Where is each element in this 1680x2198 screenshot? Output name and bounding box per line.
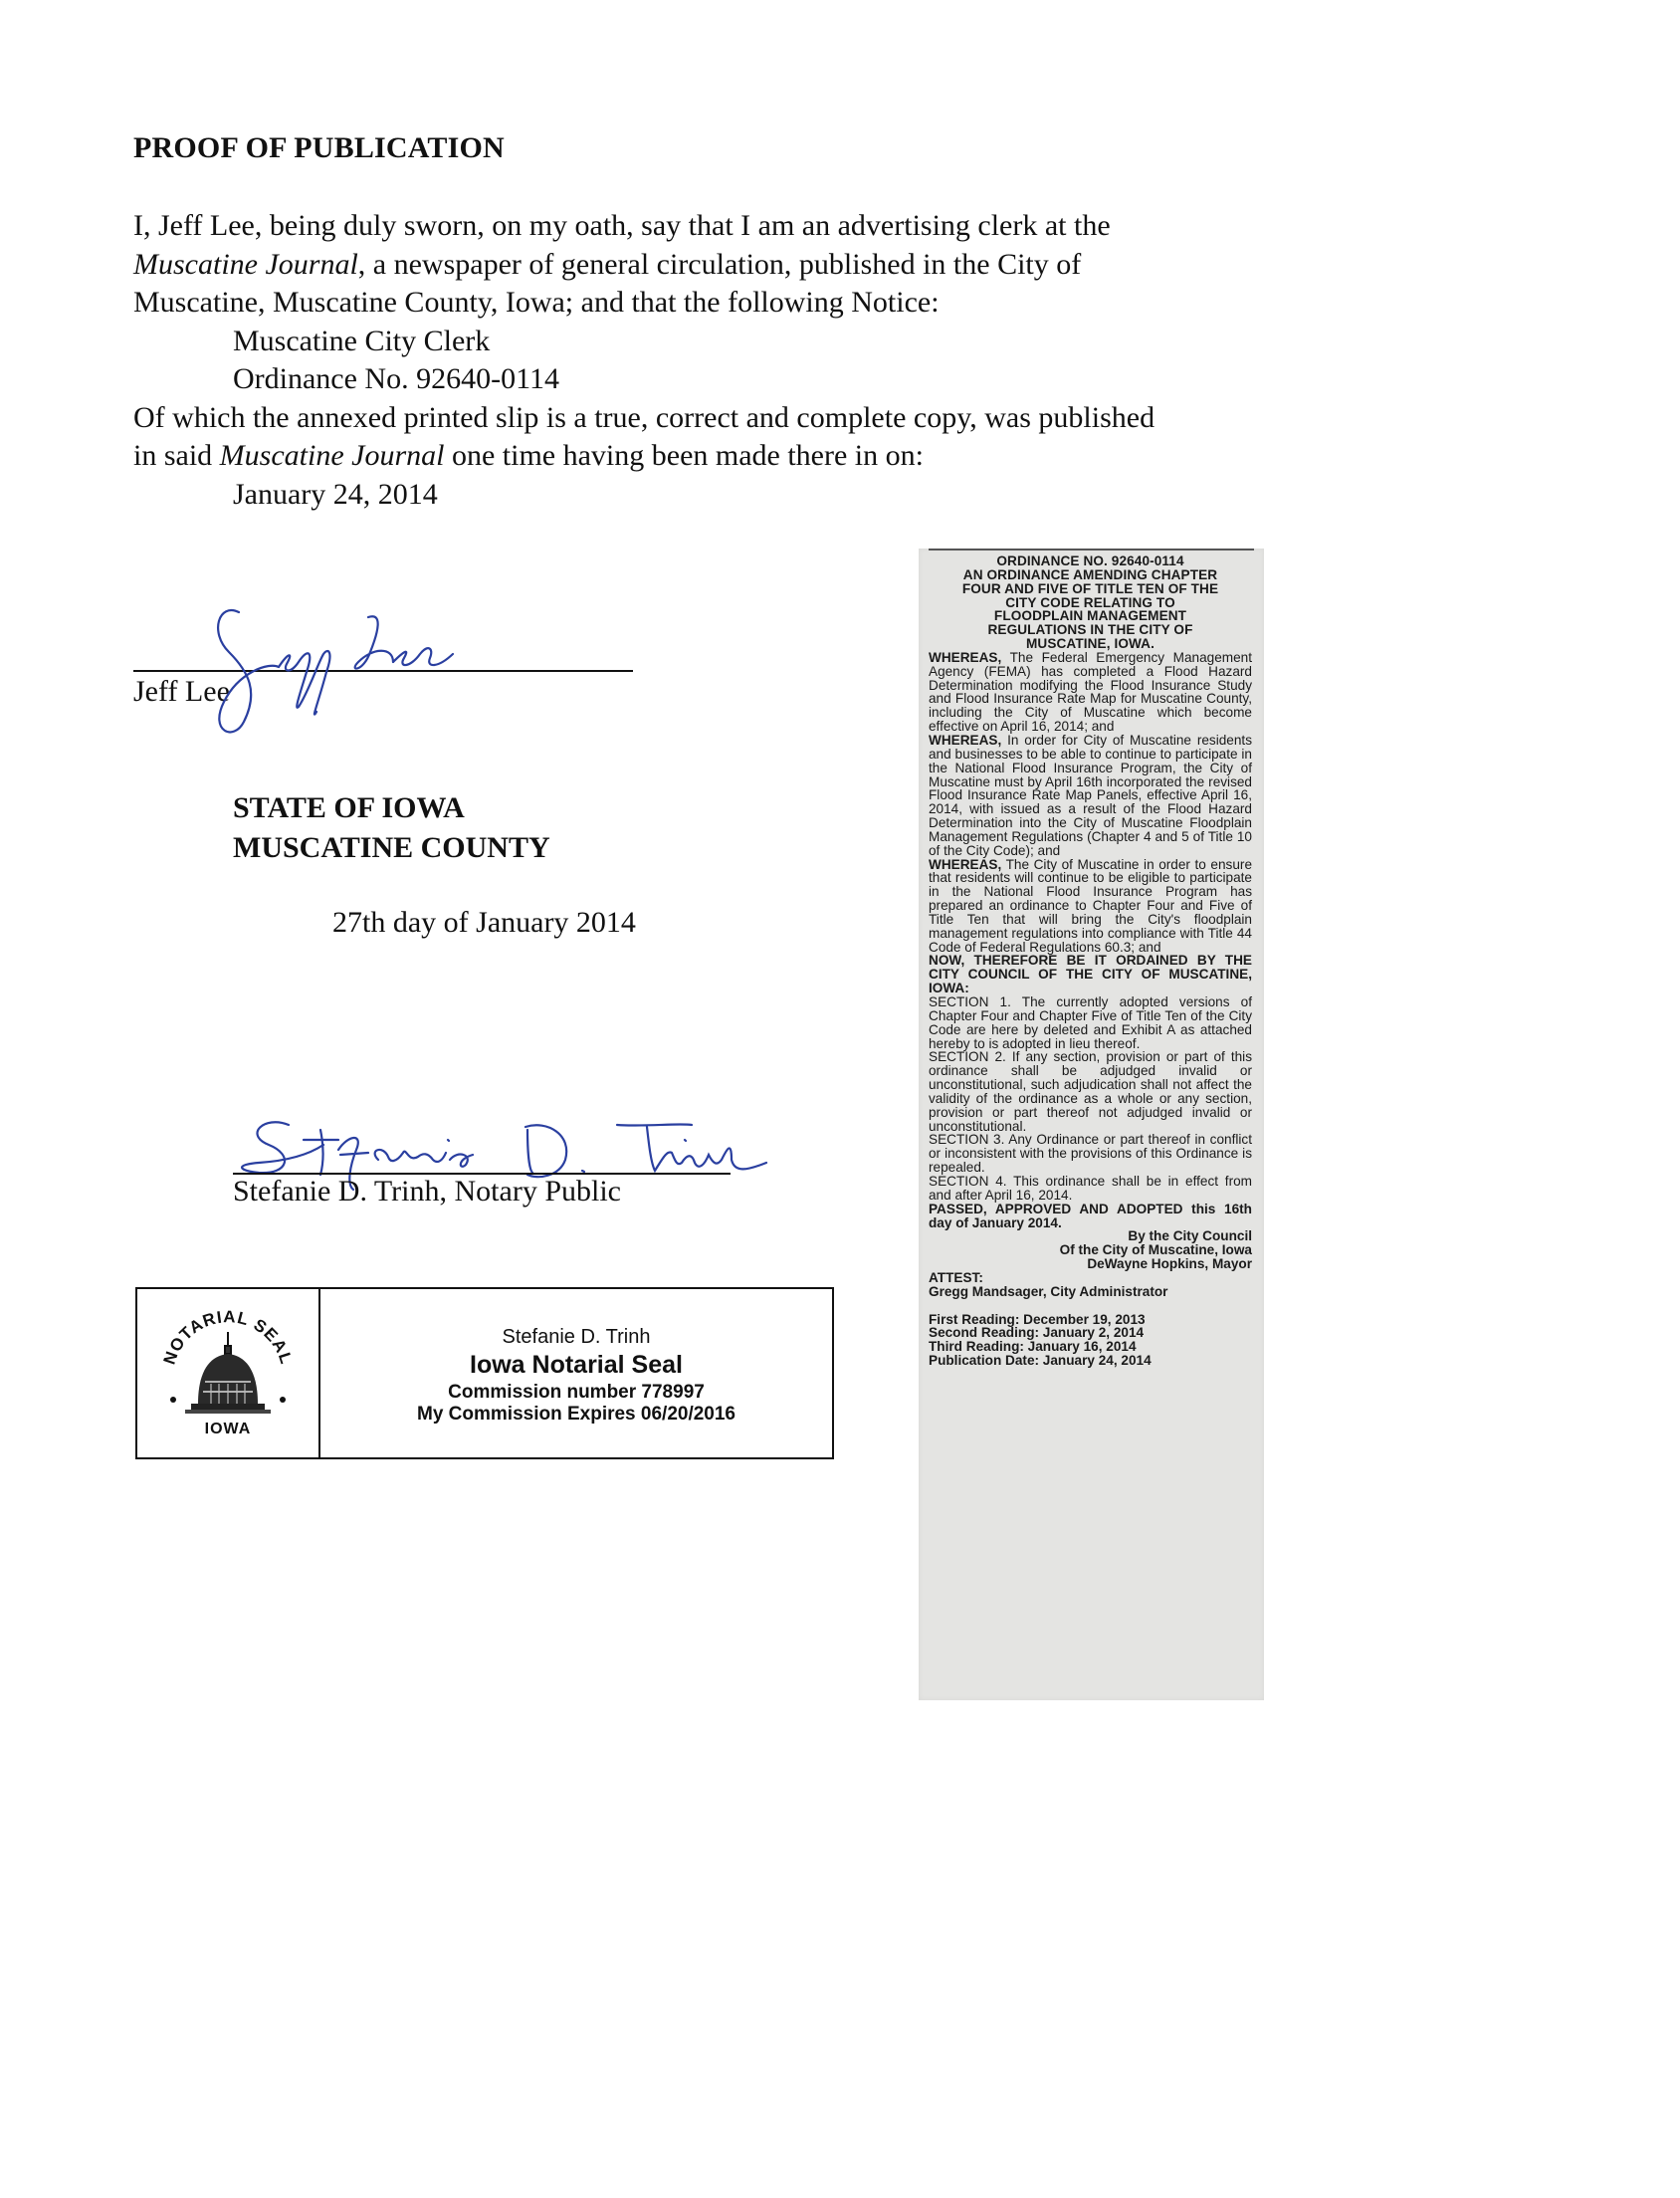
affidavit-line: Of which the annexed printed slip is a t… <box>133 399 1328 438</box>
reading-line: First Reading: December 19, 2013 <box>929 1313 1252 1327</box>
reading-line: Third Reading: January 16, 2014 <box>929 1340 1252 1354</box>
seal-commission-expires: My Commission Expires 06/20/2016 <box>417 1404 735 1426</box>
venue-county: MUSCATINE COUNTY <box>233 828 550 868</box>
seal-emblem: NOTARIAL SEAL IOWA <box>137 1289 320 1457</box>
section-paragraph: SECTION 1. The currently adopted version… <box>929 995 1252 1050</box>
newspaper-name: Muscatine Journal <box>133 248 358 281</box>
affidavit-line: Muscatine Journal, a newspaper of genera… <box>133 246 1328 285</box>
notary-date: 27th day of January 2014 <box>332 906 636 940</box>
affidavit-line: Muscatine, Muscatine County, Iowa; and t… <box>133 284 1328 323</box>
signoff-line: By the City Council <box>929 1229 1252 1243</box>
newspaper-clipping: ORDINANCE NO. 92640-0114 AN ORDINANCE AM… <box>919 549 1264 1700</box>
notice-item: Ordinance No. 92640-0114 <box>133 360 1328 399</box>
whereas-paragraph: WHEREAS, The City of Muscatine in order … <box>929 858 1252 955</box>
ordained-clause: NOW, THEREFORE BE IT ORDAINED BY THE CIT… <box>929 954 1252 995</box>
seal-title: Iowa Notarial Seal <box>470 1351 683 1380</box>
affidavit-paragraph: I, Jeff Lee, being duly sworn, on my oat… <box>133 207 1328 514</box>
seal-text: Stefanie D. Trinh Iowa Notarial Seal Com… <box>320 1289 832 1457</box>
passed-clause: PASSED, APPROVED AND ADOPTED this 16th d… <box>929 1203 1252 1230</box>
whereas-paragraph: WHEREAS, The Federal Emergency Managemen… <box>929 651 1252 734</box>
clipping-top-rule <box>929 549 1254 550</box>
publication-date: January 24, 2014 <box>133 476 1328 515</box>
notary-printed-name: Stefanie D. Trinh, Notary Public <box>233 1175 621 1209</box>
clipping-body: WHEREAS, The Federal Emergency Managemen… <box>929 651 1252 1229</box>
section-paragraph: SECTION 2. If any section, provision or … <box>929 1050 1252 1133</box>
newspaper-name: Muscatine Journal <box>220 439 445 472</box>
notice-from: Muscatine City Clerk <box>133 323 1328 361</box>
affiant-signature-icon <box>199 592 498 752</box>
signoff-line: DeWayne Hopkins, Mayor <box>929 1257 1252 1271</box>
notarial-seal-stamp: NOTARIAL SEAL IOWA Stefanie D. Trinh Iow… <box>135 1287 834 1459</box>
venue-state: STATE OF IOWA <box>233 788 550 828</box>
seal-commission-number: Commission number 778997 <box>448 1382 705 1404</box>
section-paragraph: SECTION 4. This ordinance shall be in ef… <box>929 1175 1252 1203</box>
attest-name: Gregg Mandsager, City Administrator <box>929 1285 1252 1299</box>
affidavit-line: in said Muscatine Journal one time havin… <box>133 437 1328 476</box>
reading-line: Publication Date: January 24, 2014 <box>929 1354 1252 1368</box>
reading-line: Second Reading: January 2, 2014 <box>929 1326 1252 1340</box>
seal-notary-name: Stefanie D. Trinh <box>503 1326 651 1349</box>
attest-label: ATTEST: <box>929 1271 1252 1285</box>
seal-bottom-text: IOWA <box>205 1421 252 1437</box>
affidavit-line: I, Jeff Lee, being duly sworn, on my oat… <box>133 207 1328 246</box>
section-paragraph: SECTION 3. Any Ordinance or part thereof… <box>929 1133 1252 1175</box>
whereas-paragraph: WHEREAS, In order for City of Muscatine … <box>929 734 1252 858</box>
venue: STATE OF IOWA MUSCATINE COUNTY <box>233 788 550 868</box>
signoff-line: Of the City of Muscatine, Iowa <box>929 1243 1252 1257</box>
document-title: PROOF OF PUBLICATION <box>133 131 505 165</box>
clipping-heading: ORDINANCE NO. 92640-0114 AN ORDINANCE AM… <box>929 554 1252 651</box>
capitol-dome-seal-icon: NOTARIAL SEAL IOWA <box>153 1304 303 1443</box>
